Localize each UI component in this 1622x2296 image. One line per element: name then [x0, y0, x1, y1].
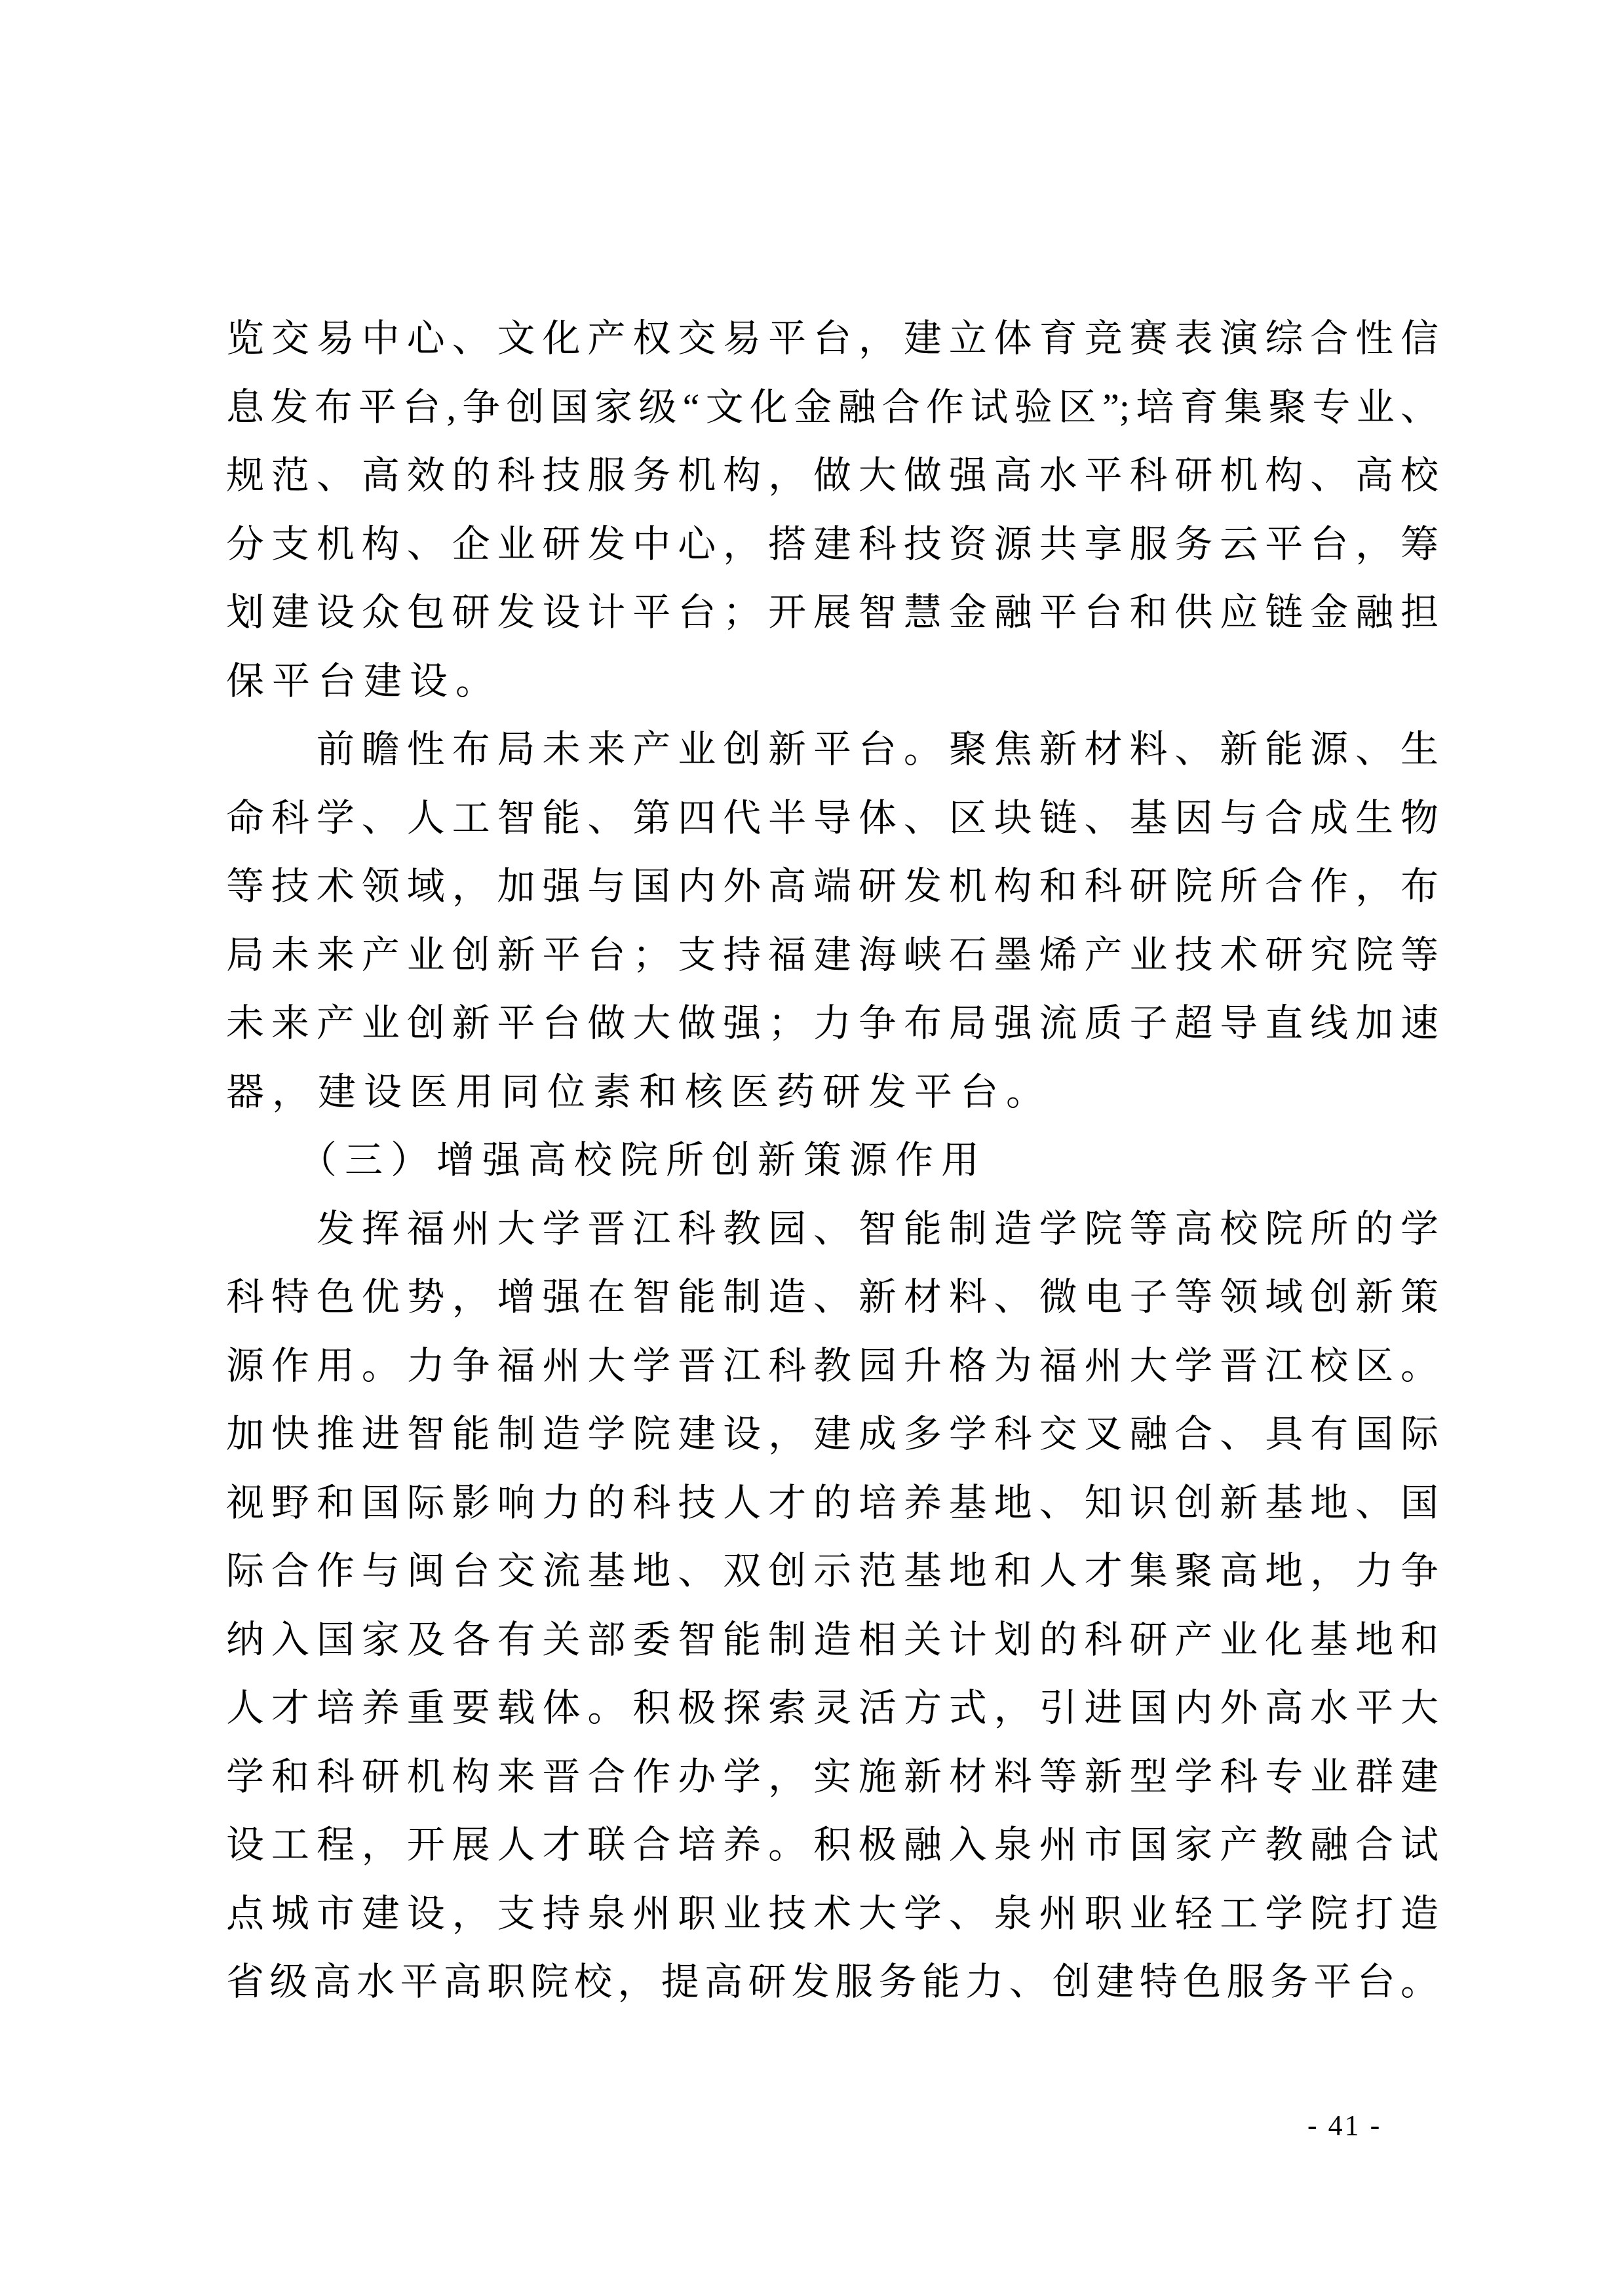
- text-line-10: 局未来产业创新平台；支持福建海峡石墨烯产业技术研究院等: [226, 921, 1439, 990]
- page-number: - 41 -: [1307, 2107, 1381, 2144]
- text-line-3: 规范、高效的科技服务机构，做大做强高水平科研机构、高校: [226, 442, 1439, 510]
- text-line-12: 器，建设医用同位素和核医药研发平台。: [226, 1058, 1439, 1127]
- text-line-14: 发挥福州大学晋江科教园、智能制造学院等高校院所的学: [226, 1195, 1439, 1264]
- document-body: 览交易中心、文化产权交易平台，建立体育竞赛表演综合性信 息发布平台,争创国家级“…: [226, 305, 1439, 2017]
- text-line-15: 科特色优势，增强在智能制造、新材料、微电子等领域创新策: [226, 1263, 1439, 1332]
- text-line-24: 点城市建设，支持泉州职业技术大学、泉州职业轻工学院打造: [226, 1880, 1439, 1949]
- text-line-22: 学和科研机构来晋合作办学，实施新材料等新型学科专业群建: [226, 1743, 1439, 1812]
- text-line-17: 加快推进智能制造学院建设，建成多学科交叉融合、具有国际: [226, 1400, 1439, 1469]
- text-line-21: 人才培养重要载体。积极探索灵活方式，引进国内外高水平大: [226, 1674, 1439, 1743]
- text-line-25: 省级高水平高职院校，提高研发服务能力、创建特色服务平台。: [226, 1948, 1439, 2017]
- text-line-9: 等技术领域，加强与国内外高端研发机构和科研院所合作，布: [226, 852, 1439, 921]
- document-page: 览交易中心、文化产权交易平台，建立体育竞赛表演综合性信 息发布平台,争创国家级“…: [0, 0, 1622, 2296]
- text-line-7: 前瞻性布局未来产业创新平台。聚焦新材料、新能源、生: [226, 716, 1439, 784]
- text-line-5: 划建设众包研发设计平台；开展智慧金融平台和供应链金融担: [226, 579, 1439, 647]
- text-line-19: 际合作与闽台交流基地、双创示范基地和人才集聚高地，力争: [226, 1537, 1439, 1606]
- text-line-20: 纳入国家及各有关部委智能制造相关计划的科研产业化基地和: [226, 1606, 1439, 1675]
- section-heading: （三）增强高校院所创新策源作用: [226, 1126, 1439, 1195]
- text-line-23: 设工程，开展人才联合培养。积极融入泉州市国家产教融合试: [226, 1811, 1439, 1880]
- text-line-6: 保平台建设。: [226, 647, 1439, 716]
- text-line-11: 未来产业创新平台做大做强；力争布局强流质子超导直线加速: [226, 989, 1439, 1058]
- text-line-4: 分支机构、企业研发中心，搭建科技资源共享服务云平台，筹: [226, 510, 1439, 579]
- text-line-8: 命科学、人工智能、第四代半导体、区块链、基因与合成生物: [226, 784, 1439, 853]
- text-line-1: 览交易中心、文化产权交易平台，建立体育竞赛表演综合性信: [226, 305, 1439, 373]
- text-line-2: 息发布平台,争创国家级“文化金融合作试验区”;培育集聚专业、: [226, 373, 1439, 442]
- text-line-18: 视野和国际影响力的科技人才的培养基地、知识创新基地、国: [226, 1469, 1439, 1538]
- text-line-16: 源作用。力争福州大学晋江科教园升格为福州大学晋江校区。: [226, 1332, 1439, 1401]
